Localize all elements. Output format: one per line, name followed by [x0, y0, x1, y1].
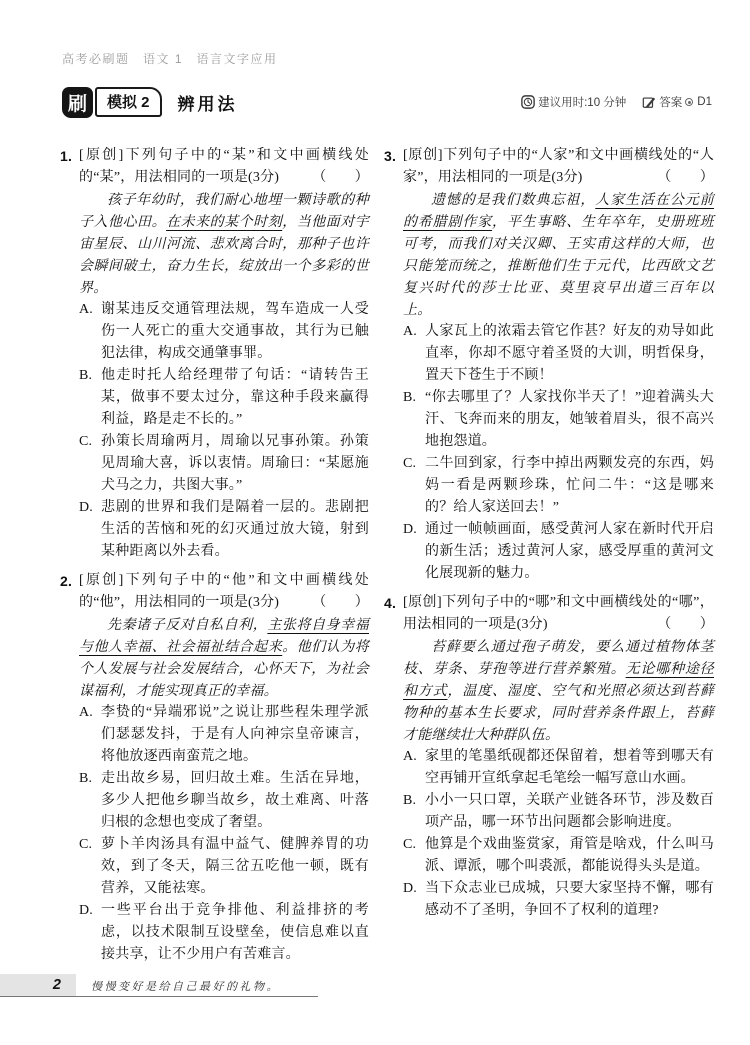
option-label: B. — [79, 768, 92, 790]
passage-text: ，温度、湿度、空气和光照必须达到苔藓物种的基本生长要求，同时营养条件跟上，苔藓才… — [403, 683, 714, 743]
time-hint: 建议用时:10 分钟 — [538, 94, 626, 110]
question-2: 2. [原创]下列句子中的“他”和文中画横线处的“他”，用法相同的一项是(3分)… — [62, 570, 369, 966]
option-label: D. — [79, 497, 93, 519]
option-c: C.他算是个戏曲鉴赏家，甭管是啥戏，什么叫马派、谭派，哪个叫裘派，都能说得头头是… — [403, 834, 714, 878]
option-text: 二牛回到家，行李中掉出两颗发亮的东西，妈妈一看是两颗珍珠，忙问二牛：“这是哪来的… — [425, 456, 714, 515]
option-label: A. — [79, 702, 93, 724]
question-tag: [原创] — [79, 573, 123, 588]
option-text: 萝卜羊肉汤具有温中益气、健脾养胃的功效，到了冬天，隔三岔五吃他一顿，既有营养，又… — [101, 837, 369, 896]
answer-ref-group: 答案 D1 — [642, 94, 712, 110]
option-d: D.一些平台出于竞争排他、利益排挤的考虑，以技术限制互设壁垒，使信息难以直接共享… — [79, 900, 369, 966]
right-column: 3. [原创]下列句子中的“人家”和文中画横线处的“人家”，用法相同的一项是(3… — [386, 145, 714, 973]
passage-text: 遗憾的是我们数典忘祖， — [431, 192, 595, 208]
option-c: C.二牛回到家，行李中掉出两颗发亮的东西，妈妈一看是两颗珍珠，忙问二牛：“这是哪… — [403, 453, 714, 519]
question-stem: [原创]下列句子中的“某”和文中画横线处的“某”，用法相同的一项是(3分) （ … — [79, 145, 369, 189]
option-label: A. — [403, 746, 417, 768]
left-column: 1. [原创]下列句子中的“某”和文中画横线处的“某”，用法相同的一项是(3分)… — [62, 145, 369, 973]
passage: 先秦诸子反对自私自利，主张将自身幸福与他人幸福、社会福祉结合起来。他们认为将个人… — [79, 614, 369, 702]
option-a: A.人家瓦上的浓霜去管它作甚？好友的劝导如此直率，你却不愿守着圣贤的大训，明哲保… — [403, 321, 714, 387]
option-c: C.萝卜羊肉汤具有温中益气、健脾养胃的功效，到了冬天，隔三岔五吃他一顿，既有营养… — [79, 834, 369, 900]
option-text: 小小一只口罩，关联产业链各环节，涉及数百项产品，哪一环节出问题都会影响进度。 — [425, 793, 714, 830]
option-label: A. — [79, 299, 93, 321]
option-label: C. — [403, 834, 416, 856]
option-text: 李贽的“异端邪说”之说让那些程朱理学派们瑟瑟发抖，于是有人向神宗皇帝谏言，将他放… — [101, 705, 369, 764]
question-stem: [原创]下列句子中的“他”和文中画横线处的“他”，用法相同的一项是(3分) （ … — [79, 570, 369, 614]
option-text: 一些平台出于竞争排他、利益排挤的考虑，以技术限制互设壁垒，使信息难以直接共享，让… — [101, 903, 369, 962]
option-a: A.谢某违反交通管理法规，驾车造成一人受伤一人死亡的重大交通事故，其行为已触犯法… — [79, 299, 369, 365]
option-c: C.孙策长周瑜两月，周瑜以兄事孙策。孙策见周瑜大喜，诉以衷情。周瑜曰：“某愿施犬… — [79, 431, 369, 497]
section-title-bar: 刷 模拟 2 辨用法 建议用时:10 分钟 答案 D1 — [62, 84, 712, 120]
title-bar-right: 建议用时:10 分钟 答案 D1 — [521, 94, 712, 110]
question-4: 4. [原创]下列句子中的“哪”和文中画横线处的“哪”，用法相同的一项是(3分)… — [386, 592, 714, 922]
passage: 苔藓要么通过孢子萌发，要么通过植物体茎枝、芽条、芽孢等进行营养繁殖。无论哪种途径… — [403, 636, 714, 746]
answer-label: 答案 — [659, 94, 682, 110]
option-text: 当下众志业已成城，只要大家坚持不懈，哪有感动不了圣明，争回不了权利的道理? — [425, 881, 714, 918]
question-number: 1. — [60, 145, 72, 167]
section-title: 辨用法 — [178, 90, 238, 115]
clock-icon — [521, 95, 535, 109]
option-label: D. — [79, 900, 93, 922]
answer-bracket: （ ） — [308, 167, 369, 189]
option-text: “你去哪里了？人家找你半天了！”迎着满头大汗、飞奔而来的朋友，她皱着眉头，很不高… — [425, 390, 714, 449]
option-a: A.家里的笔墨纸砚都还保留着，想着等到哪天有空再铺开宣纸拿起毛笔绘一幅写意山水画… — [403, 746, 714, 790]
option-label: A. — [403, 321, 417, 343]
question-number: 2. — [60, 570, 72, 592]
target-dot-icon — [685, 98, 693, 106]
option-label: B. — [79, 365, 92, 387]
option-text: 孙策长周瑜两月，周瑜以兄事孙策。孙策见周瑜大喜，诉以衷情。周瑜曰：“某愿施犬马之… — [101, 434, 369, 493]
option-text: 人家瓦上的浓霜去管它作甚？好友的劝导如此直率，你却不愿守着圣贤的大训，明哲保身，… — [425, 324, 714, 383]
option-d: D.通过一帧帧画面，感受黄河人家在新时代开启的新生活；透过黄河人家，感受厚重的黄… — [403, 519, 714, 585]
option-label: C. — [403, 453, 416, 475]
option-text: 走出故乡易，回归故土难。生活在异地，多少人把他乡聊当故乡，故土难离、叶落归根的念… — [101, 771, 369, 830]
workbook-page: 高考必刷题 语文 1 语言文字应用 刷 模拟 2 辨用法 建议用时:10 分钟 … — [0, 0, 750, 1045]
option-text: 通过一帧帧画面，感受黄河人家在新时代开启的新生活；透过黄河人家，感受厚重的黄河文… — [425, 522, 714, 581]
footer-row: 2 慢慢变好是给自己最好的礼物。 — [0, 974, 318, 997]
option-text: 谢某违反交通管理法规，驾车造成一人受伤一人死亡的重大交通事故，其行为已触犯法律，… — [101, 302, 369, 361]
page-number: 2 — [53, 977, 61, 993]
option-text: 悲剧的世界和我们是隔着一层的。悲剧把生活的苦恼和死的幻灭通过放大镜，射到某种距离… — [101, 500, 369, 559]
question-stem: [原创]下列句子中的“哪”和文中画横线处的“哪”，用法相同的一项是(3分) （ … — [403, 592, 714, 636]
pen-icon — [642, 95, 656, 109]
time-hint-group: 建议用时:10 分钟 — [521, 94, 626, 110]
option-a: A.李贽的“异端邪说”之说让那些程朱理学派们瑟瑟发抖，于是有人向神宗皇帝谏言，将… — [79, 702, 369, 768]
option-label: D. — [403, 519, 417, 541]
answer-bracket: （ ） — [653, 614, 714, 636]
option-label: C. — [79, 834, 92, 856]
option-b: B.他走时托人给经理带了句话：“请转告王某，做事不要太过分，靠这种手段来赢得利益… — [79, 365, 369, 431]
answer-bracket: （ ） — [308, 592, 369, 614]
option-label: C. — [79, 431, 92, 453]
running-head: 高考必刷题 语文 1 语言文字应用 — [62, 50, 278, 67]
passage: 遗憾的是我们数典忘祖，人家生活在公元前的希腊剧作家，平生事略、生年卒年，史册班班… — [403, 189, 714, 321]
option-label: D. — [403, 878, 417, 900]
option-text: 他走时托人给经理带了句话：“请转告王某，做事不要太过分，靠这种手段来赢得利益，路… — [101, 368, 369, 427]
question-tag: [原创] — [403, 148, 443, 163]
option-label: B. — [403, 790, 416, 812]
section-tag: 模拟 2 — [95, 87, 162, 117]
answer-bracket: （ ） — [653, 167, 714, 189]
underlined-text: 在未来的某个时刻 — [166, 214, 282, 230]
option-b: B.走出故乡易，回归故土难。生活在异地，多少人把他乡聊当故乡，故土难离、叶落归根… — [79, 768, 369, 834]
footer-note: 慢慢变好是给自己最好的礼物。 — [91, 976, 280, 994]
option-text: 他算是个戏曲鉴赏家，甭管是啥戏，什么叫马派、谭派，哪个叫裘派，都能说得头头是道。 — [425, 837, 714, 874]
option-label: B. — [403, 387, 416, 409]
question-tag: [原创] — [403, 595, 442, 610]
option-d: D.当下众志业已成城，只要大家坚持不懈，哪有感动不了圣明，争回不了权利的道理? — [403, 878, 714, 922]
option-b: B.小小一只口罩，关联产业链各环节，涉及数百项产品，哪一环节出问题都会影响进度。 — [403, 790, 714, 834]
option-b: B.“你去哪里了？人家找你半天了！”迎着满头大汗、飞奔而来的朋友，她皱着眉头，很… — [403, 387, 714, 453]
question-number: 3. — [384, 145, 396, 167]
option-d: D.悲剧的世界和我们是隔着一层的。悲剧把生活的苦恼和死的幻灭通过放大镜，射到某种… — [79, 497, 369, 563]
question-stem: [原创]下列句子中的“人家”和文中画横线处的“人家”，用法相同的一项是(3分) … — [403, 145, 714, 189]
question-3: 3. [原创]下列句子中的“人家”和文中画横线处的“人家”，用法相同的一项是(3… — [386, 145, 714, 585]
page-number-bar: 2 — [0, 974, 76, 996]
two-column-body: 1. [原创]下列句子中的“某”和文中画横线处的“某”，用法相同的一项是(3分)… — [62, 145, 714, 973]
passage-text: 先秦诸子反对自私自利， — [107, 617, 267, 633]
question-number: 4. — [384, 592, 396, 614]
question-tag: [原创] — [79, 148, 123, 163]
brush-badge: 刷 — [62, 87, 93, 118]
question-1: 1. [原创]下列句子中的“某”和文中画横线处的“某”，用法相同的一项是(3分)… — [62, 145, 369, 563]
answer-ref: D1 — [697, 96, 712, 108]
page-footer: 2 慢慢变好是给自己最好的礼物。 — [0, 974, 318, 997]
option-text: 家里的笔墨纸砚都还保留着，想着等到哪天有空再铺开宣纸拿起毛笔绘一幅写意山水画。 — [425, 749, 714, 786]
passage: 孩子年幼时，我们耐心地埋一颗诗歌的种子入他心田。在未来的某个时刻，当他面对宇宙星… — [79, 189, 369, 299]
